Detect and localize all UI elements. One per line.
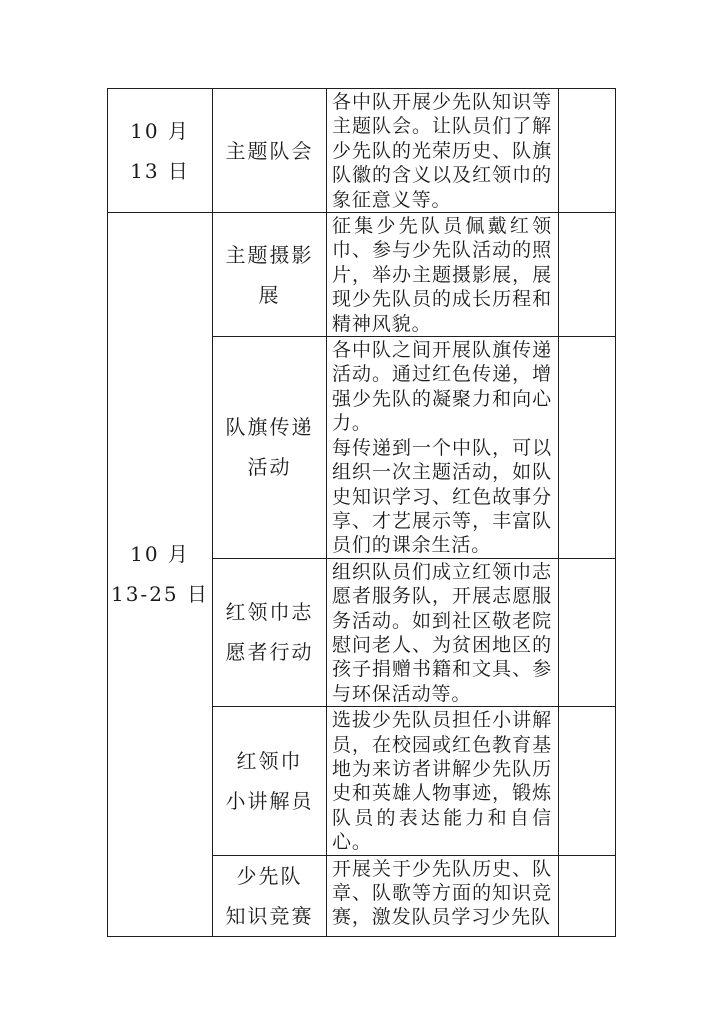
notes-cell [559,707,616,855]
activity-name: 红领巾志 [213,592,326,632]
description-cell: 各中队开展少先队知识等主题队会。让队员们了解少先队的光荣历史、队旗队徽的含义以及… [327,89,559,213]
activity-cell: 红领巾志 愿者行动 [213,558,327,706]
description-paragraph: 征集少先队员佩戴红领巾、参与少先队活动的照片，举办主题摄影展，展现少先队员的成长… [332,214,552,336]
date-line: 10 月 [108,111,212,151]
activity-name: 主题摄影 [213,235,326,275]
activity-name: 知识竞赛 [213,896,326,936]
activity-cell: 队旗传递 活动 [213,337,327,559]
date-line: 10 月 [108,534,212,574]
activity-name: 小讲解员 [213,781,326,821]
activity-name: 队旗传递 [213,407,326,447]
activity-name: 主题队会 [213,131,326,171]
table-row: 10 月 13 日 主题队会 各中队开展少先队知识等主题队会。让队员们了解少先队… [108,89,616,213]
description-paragraph: 选拔少先队员担任小讲解员，在校园或红色教育基地为来访者讲解少先队历史和英雄人物事… [332,708,552,854]
activity-cell: 主题队会 [213,89,327,213]
schedule-table: 10 月 13 日 主题队会 各中队开展少先队知识等主题队会。让队员们了解少先队… [107,88,616,937]
document-page: 10 月 13 日 主题队会 各中队开展少先队知识等主题队会。让队员们了解少先队… [0,0,724,1024]
activity-name: 红领巾 [213,741,326,781]
description-cell: 征集少先队员佩戴红领巾、参与少先队活动的照片，举办主题摄影展，展现少先队员的成长… [327,213,559,337]
description-paragraph: 各中队之间开展队旗传递活动。通过红色传递，增强少先队的凝聚力和向心力。 [332,338,552,436]
date-cell-merged: 10 月 13-25 日 [108,213,213,937]
description-paragraph: 各中队开展少先队知识等主题队会。让队员们了解少先队的光荣历史、队旗队徽的含义以及… [332,90,552,212]
activity-cell: 主题摄影 展 [213,213,327,337]
description-paragraph: 开展关于少先队历史、队章、队歌等方面的知识竞赛，激发队员学习少先队 [332,857,552,930]
activity-name: 愿者行动 [213,632,326,672]
description-paragraph: 组织队员们成立红领巾志愿者服务队，开展志愿服务活动。如到社区敬老院慰问老人、为贫… [332,560,552,706]
date-line: 13-25 日 [108,574,212,614]
date-cell: 10 月 13 日 [108,89,213,213]
activity-cell: 红领巾 小讲解员 [213,707,327,855]
description-cell: 开展关于少先队历史、队章、队歌等方面的知识竞赛，激发队员学习少先队 [327,855,559,936]
notes-cell [559,558,616,706]
activity-name: 活动 [213,447,326,487]
description-cell: 选拔少先队员担任小讲解员，在校园或红色教育基地为来访者讲解少先队历史和英雄人物事… [327,707,559,855]
activity-cell: 少先队 知识竞赛 [213,855,327,936]
notes-cell [559,213,616,337]
table-row: 10 月 13-25 日 主题摄影 展 征集少先队员佩戴红领巾、参与少先队活动的… [108,213,616,337]
date-line: 13 日 [108,151,212,191]
activity-name: 展 [213,275,326,315]
description-cell: 各中队之间开展队旗传递活动。通过红色传递，增强少先队的凝聚力和向心力。 每传递到… [327,337,559,559]
notes-cell [559,337,616,559]
notes-cell [559,89,616,213]
activity-name: 少先队 [213,856,326,896]
description-paragraph: 每传递到一个中队，可以组织一次主题活动，如队史知识学习、红色故事分享、才艺展示等… [332,436,552,558]
notes-cell [559,855,616,936]
description-cell: 组织队员们成立红领巾志愿者服务队，开展志愿服务活动。如到社区敬老院慰问老人、为贫… [327,558,559,706]
